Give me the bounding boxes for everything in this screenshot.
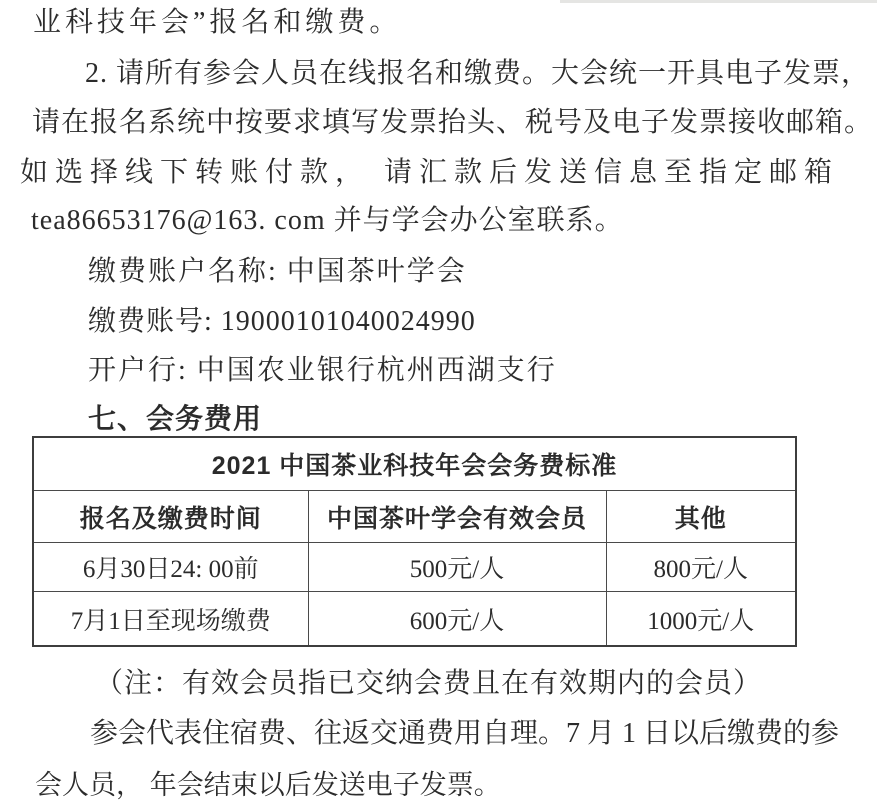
body-line-email-contact: tea86653176@163. com 并与学会办公室联系。 bbox=[31, 204, 624, 238]
cell-early-member-fee: 500元/人 bbox=[308, 543, 606, 592]
header-cell-registration-time: 报名及缴费时间 bbox=[33, 491, 308, 543]
closing-line-1: 参会代表住宿费、往返交通费用自理。7 月 1 日以后缴费的参 bbox=[90, 717, 839, 751]
payment-account-number-line: 缴费账号: 19000101040024990 bbox=[88, 305, 476, 339]
fee-table-header-row: 报名及缴费时间 中国茶叶学会有效会员 其他 bbox=[33, 491, 796, 543]
fee-table-title-row: 2021 中国茶业科技年会会务费标准 bbox=[33, 437, 796, 491]
bank-branch-line: 开户行: 中国农业银行杭州西湖支行 bbox=[88, 354, 557, 388]
document-page: 业科技年会”报名和缴费。 2. 请所有参会人员在线报名和缴费。大会统一开具电子发… bbox=[0, 0, 877, 812]
header-cell-other: 其他 bbox=[606, 491, 796, 543]
cell-late-deadline: 7月1日至现场缴费 bbox=[33, 592, 308, 647]
fee-table-row-early: 6月30日24: 00前 500元/人 800元/人 bbox=[33, 543, 796, 592]
fee-table: 2021 中国茶业科技年会会务费标准 报名及缴费时间 中国茶叶学会有效会员 其他… bbox=[32, 436, 797, 647]
cell-late-other-fee: 1000元/人 bbox=[606, 592, 796, 647]
fee-table-row-late: 7月1日至现场缴费 600元/人 1000元/人 bbox=[33, 592, 796, 647]
fee-table-title: 2021 中国茶业科技年会会务费标准 bbox=[33, 437, 796, 491]
cell-late-member-fee: 600元/人 bbox=[308, 592, 606, 647]
body-line-offline-payment: 如选择线下转账付款， 请汇款后发送信息至指定邮箱 bbox=[20, 156, 839, 190]
closing-line-2: 会人员， 年会结束以后发送电子发票。 bbox=[35, 768, 501, 802]
body-line-truncated-top: 业科技年会”报名和缴费。 bbox=[33, 6, 401, 40]
payment-account-name-line: 缴费账户名称: 中国茶叶学会 bbox=[88, 255, 467, 289]
cell-early-deadline: 6月30日24: 00前 bbox=[33, 543, 308, 592]
body-line-invoice-info: 请在报名系统中按要求填写发票抬头、税号及电子发票接收邮箱。 bbox=[32, 106, 873, 140]
header-cell-valid-member: 中国茶叶学会有效会员 bbox=[308, 491, 606, 543]
body-line-item2: 2. 请所有参会人员在线报名和缴费。大会统一开具电子发票， bbox=[85, 57, 870, 91]
cell-early-other-fee: 800元/人 bbox=[606, 543, 796, 592]
section-7-heading: 七、会务费用 bbox=[88, 402, 262, 436]
scan-artifact-top-edge bbox=[560, 0, 877, 3]
note-line: （注：有效会员指已交纳会费且在有效期内的会员） bbox=[95, 667, 762, 701]
